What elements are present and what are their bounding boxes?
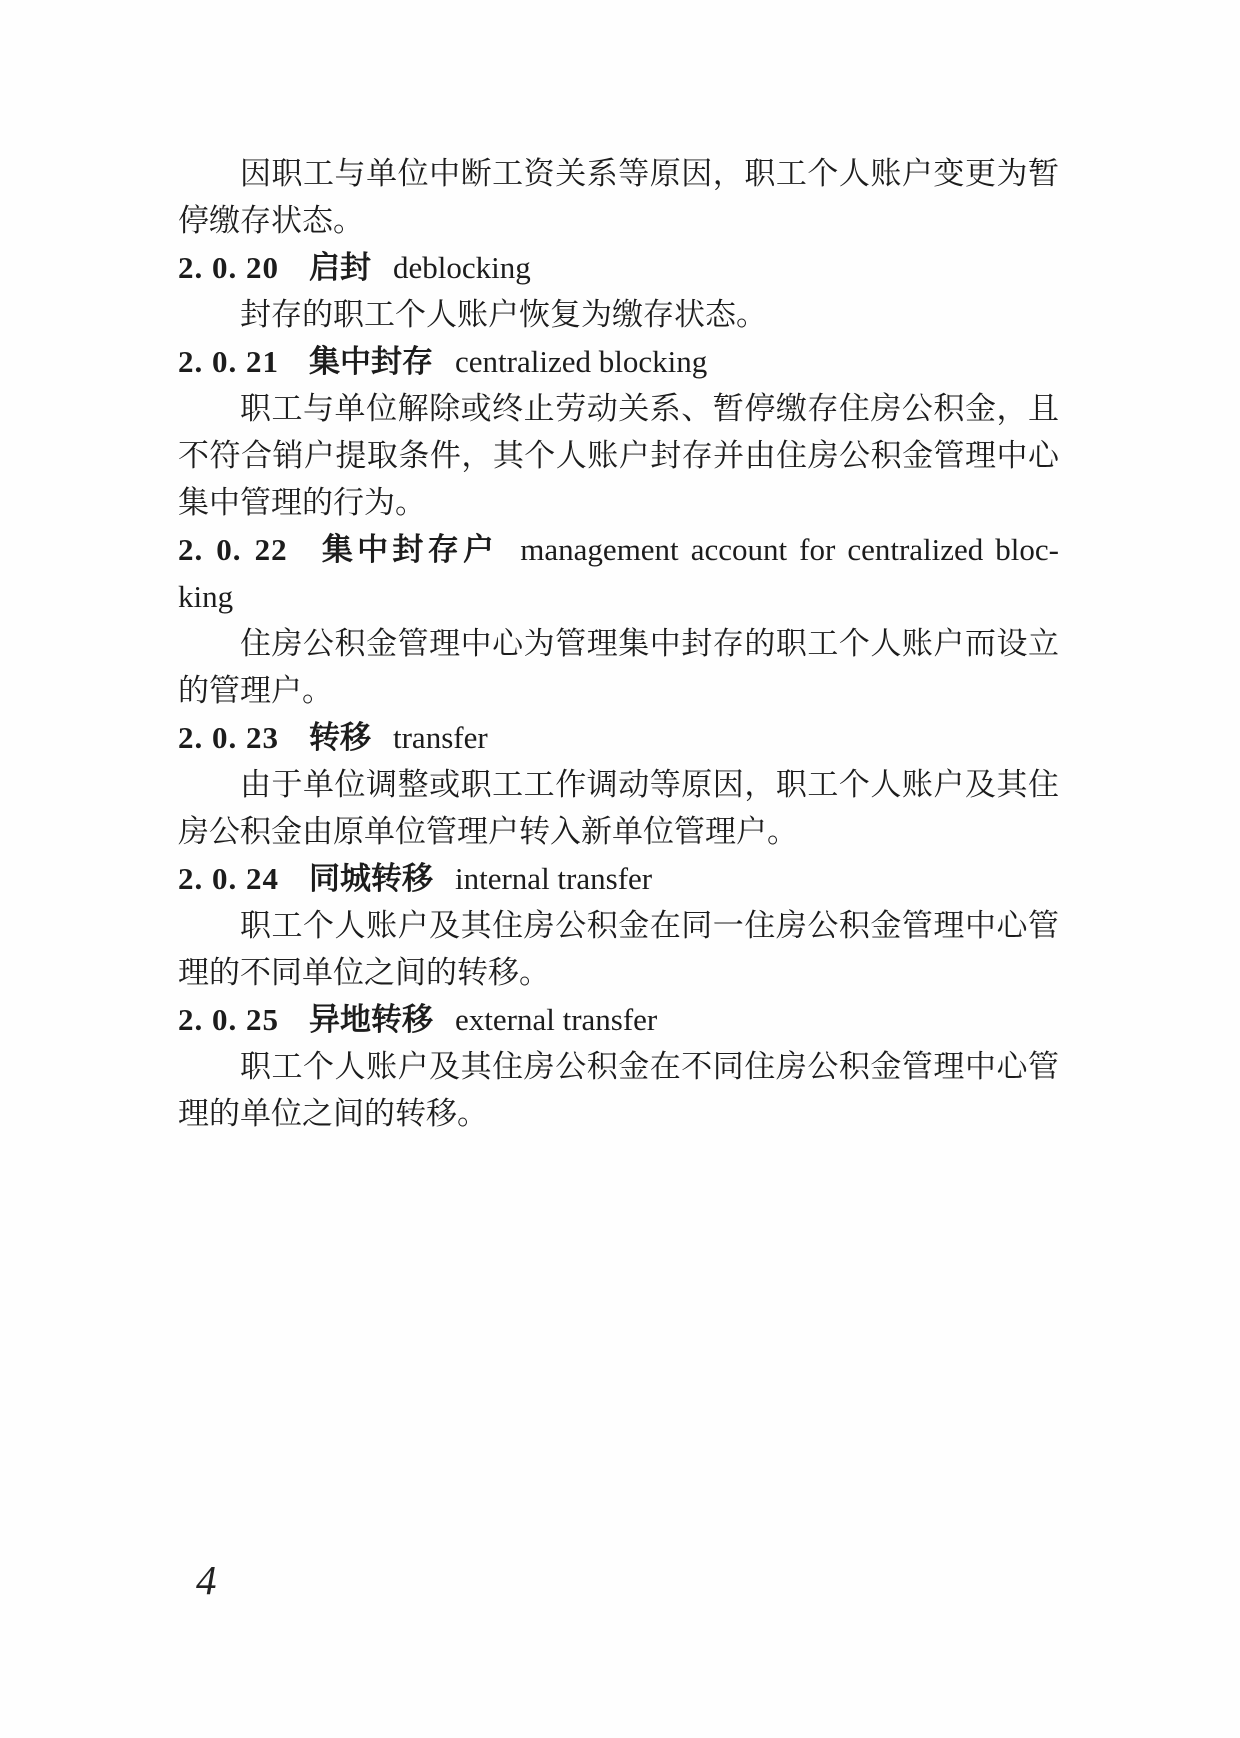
term-name-en-wrap: king [178,579,233,614]
term-definition-line: 房公积金由原单位管理户转入新单位管理户。 [178,808,1059,855]
term-definition-line: 职工个人账户及其住房公积金在不同住房公积金管理中心管 [178,1043,1059,1090]
term-heading-2-0-24: 2. 0. 24同城转移internal transfer [178,855,1059,902]
term-definition-line: 的管理户。 [178,667,1059,714]
term-name-zh: 同城转移 [309,861,433,896]
term-number: 2. 0. 21 [178,344,279,379]
term-number: 2. 0. 24 [178,861,279,896]
term-definition-line: 职工与单位解除或终止劳动关系、暂停缴存住房公积金，且 [178,385,1059,432]
term-definition-line: 理的不同单位之间的转移。 [178,949,1059,996]
term-name-en: transfer [393,720,488,755]
document-page: 因职工与单位中断工资关系等原因，职工个人账户变更为暂 停缴存状态。 2. 0. … [0,0,1240,1738]
paragraph-continuation-line: 停缴存状态。 [178,197,1059,244]
term-name-zh: 集中封存户 [318,532,499,567]
term-name-en: external transfer [455,1002,657,1037]
page-number: 4 [196,1556,217,1604]
terminology-text-block: 因职工与单位中断工资关系等原因，职工个人账户变更为暂 停缴存状态。 2. 0. … [178,150,1059,1137]
term-number: 2. 0. 22 [178,532,288,567]
term-heading-2-0-23: 2. 0. 23转移transfer [178,714,1059,761]
term-definition-line: 理的单位之间的转移。 [178,1090,1059,1137]
term-definition-line: 由于单位调整或职工工作调动等原因，职工个人账户及其住 [178,761,1059,808]
term-name-zh: 启封 [309,250,371,285]
term-heading-wrap-2-0-22: king [178,573,1059,620]
term-name-en: deblocking [393,250,531,285]
term-name-en: internal transfer [455,861,652,896]
term-heading-2-0-22: 2. 0. 22集中封存户management account for cent… [178,526,1059,573]
term-name-zh: 转移 [309,720,371,755]
term-definition-line: 封存的职工个人账户恢复为缴存状态。 [178,291,1059,338]
term-heading-2-0-21: 2. 0. 21集中封存centralized blocking [178,338,1059,385]
term-heading-2-0-20: 2. 0. 20启封deblocking [178,244,1059,291]
term-definition-line: 不符合销户提取条件，其个人账户封存并由住房公积金管理中心 [178,432,1059,479]
term-definition-line: 住房公积金管理中心为管理集中封存的职工个人账户而设立 [178,620,1059,667]
term-number: 2. 0. 20 [178,250,279,285]
term-number: 2. 0. 25 [178,1002,279,1037]
term-name-zh: 集中封存 [309,344,433,379]
term-name-zh: 异地转移 [309,1002,433,1037]
term-heading-2-0-25: 2. 0. 25异地转移external transfer [178,996,1059,1043]
term-name-en: management account for centralized bloc- [520,532,1059,567]
term-definition-line: 集中管理的行为。 [178,479,1059,526]
term-definition-line: 职工个人账户及其住房公积金在同一住房公积金管理中心管 [178,902,1059,949]
term-number: 2. 0. 23 [178,720,279,755]
term-name-en: centralized blocking [455,344,707,379]
paragraph-continuation-line: 因职工与单位中断工资关系等原因，职工个人账户变更为暂 [178,150,1059,197]
